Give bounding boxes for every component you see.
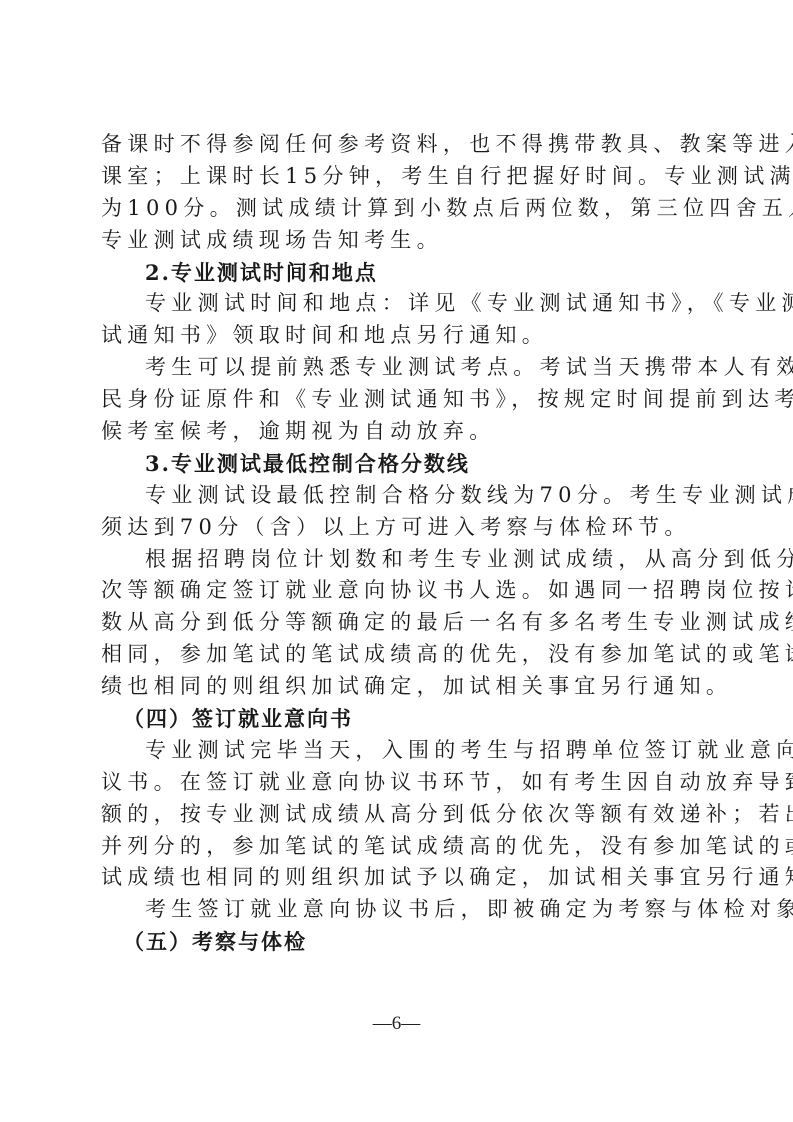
paragraph-first-line: 考生签订就业意向协议书后，即被确定为考察与体检对象。 [101,894,691,926]
body-line: 民身份证原件和《专业测试通知书》，按规定时间提前到达考点 [101,384,691,416]
body-line: 相同，参加笔试的笔试成绩高的优先，没有参加笔试的或笔试成 [101,639,691,671]
chapter-heading: （四）签订就业意向书 [101,703,691,735]
body-line: 试成绩也相同的则组织加试予以确定，加试相关事宜另行通知。 [101,862,691,894]
body-line: 备课时不得参阅任何参考资料，也不得携带教具、教案等进入备 [101,129,691,161]
body-line: 为100分。测试成绩计算到小数点后两位数，第三位四舍五入。 [101,193,691,225]
document-body: 备课时不得参阅任何参考资料，也不得携带教具、教案等进入备 课室；上课时长15分钟… [101,129,691,958]
paragraph-first-line: 根据招聘岗位计划数和考生专业测试成绩，从高分到低分依 [101,544,691,576]
body-line: 次等额确定签订就业意向协议书人选。如遇同一招聘岗位按计划 [101,575,691,607]
section-heading: 3.专业测试最低控制合格分数线 [101,448,691,480]
body-line: 试通知书》领取时间和地点另行通知。 [101,320,691,352]
body-line: 并列分的，参加笔试的笔试成绩高的优先，没有参加笔试的或笔 [101,831,691,863]
body-line: 课室；上课时长15分钟，考生自行把握好时间。专业测试满分值 [101,161,691,193]
body-line: 候考室候考，逾期视为自动放弃。 [101,416,691,448]
body-line: 议书。在签订就业意向协议书环节，如有考生因自动放弃导致缺 [101,767,691,799]
section-heading: 2.专业测试时间和地点 [101,257,691,289]
chapter-heading: （五）考察与体检 [101,926,691,958]
body-line: 须达到70分（含）以上方可进入考察与体检环节。 [101,512,691,544]
page-number: —6— [0,1013,793,1035]
body-line: 绩也相同的则组织加试确定，加试相关事宜另行通知。 [101,671,691,703]
paragraph-first-line: 专业测试完毕当天，入围的考生与招聘单位签订就业意向协 [101,735,691,767]
body-line: 数从高分到低分等额确定的最后一名有多名考生专业测试成绩 [101,607,691,639]
paragraph-first-line: 考生可以提前熟悉专业测试考点。考试当天携带本人有效居 [101,352,691,384]
body-line: 额的，按专业测试成绩从高分到低分依次等额有效递补；若出现 [101,799,691,831]
paragraph-first-line: 专业测试时间和地点：详见《专业测试通知书》，《专业测 [101,288,691,320]
body-line: 专业测试成绩现场告知考生。 [101,225,691,257]
paragraph-first-line: 专业测试设最低控制合格分数线为70分。考生专业测试成绩 [101,480,691,512]
